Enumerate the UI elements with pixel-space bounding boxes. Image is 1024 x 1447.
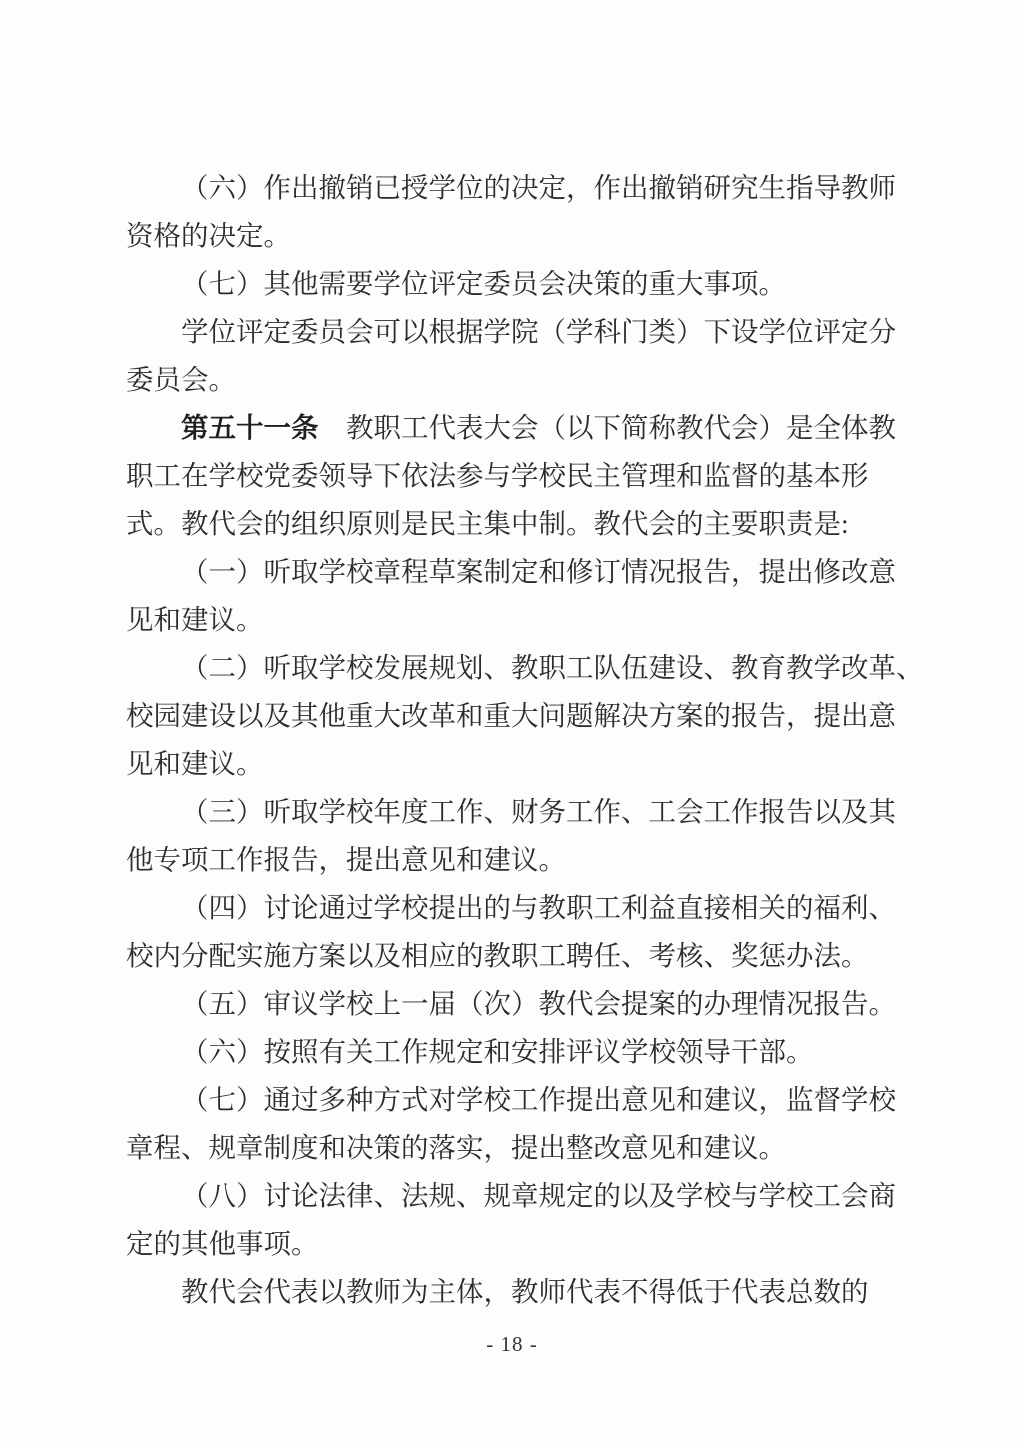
paragraph-degree-subcommittee: 学位评定委员会可以根据学院（学科门类）下设学位评定分 委员会。 bbox=[126, 308, 926, 404]
article-51-heading: 第五十一条 bbox=[181, 412, 346, 443]
paragraph-clause-6-revoke-degree: （六）作出撤销已授学位的决定，作出撤销研究生指导教师 资格的决定。 bbox=[126, 164, 926, 260]
paragraph-item-1: （一）听取学校章程草案制定和修订情况报告，提出修改意 见和建议。 bbox=[126, 548, 926, 644]
paragraph-item-5: （五）审议学校上一届（次）教代会提案的办理情况报告。 bbox=[126, 980, 926, 1028]
paragraph-item-2: （二）听取学校发展规划、教职工队伍建设、教育教学改革、 校园建设以及其他重大改革… bbox=[126, 644, 926, 788]
paragraph-item-7: （七）通过多种方式对学校工作提出意见和建议，监督学校 章程、规章制度和决策的落实… bbox=[126, 1076, 926, 1172]
document-page: （六）作出撤销已授学位的决定，作出撤销研究生指导教师 资格的决定。 （七）其他需… bbox=[0, 0, 1024, 1447]
paragraph-item-3: （三）听取学校年度工作、财务工作、工会工作报告以及其 他专项工作报告，提出意见和… bbox=[126, 788, 926, 884]
paragraph-teacher-representatives: 教代会代表以教师为主体，教师代表不得低于代表总数的 bbox=[126, 1268, 926, 1316]
page-number: - 18 - bbox=[0, 1332, 1024, 1357]
paragraph-clause-7-major-matters: （七）其他需要学位评定委员会决策的重大事项。 bbox=[126, 260, 926, 308]
document-text-block: （六）作出撤销已授学位的决定，作出撤销研究生指导教师 资格的决定。 （七）其他需… bbox=[126, 164, 926, 1316]
paragraph-item-6: （六）按照有关工作规定和安排评议学校领导干部。 bbox=[126, 1028, 926, 1076]
paragraph-article-51: 第五十一条教职工代表大会（以下简称教代会）是全体教 职工在学校党委领导下依法参与… bbox=[126, 404, 926, 548]
paragraph-item-4: （四）讨论通过学校提出的与教职工利益直接相关的福利、 校内分配实施方案以及相应的… bbox=[126, 884, 926, 980]
paragraph-item-8: （八）讨论法律、法规、规章规定的以及学校与学校工会商 定的其他事项。 bbox=[126, 1172, 926, 1268]
